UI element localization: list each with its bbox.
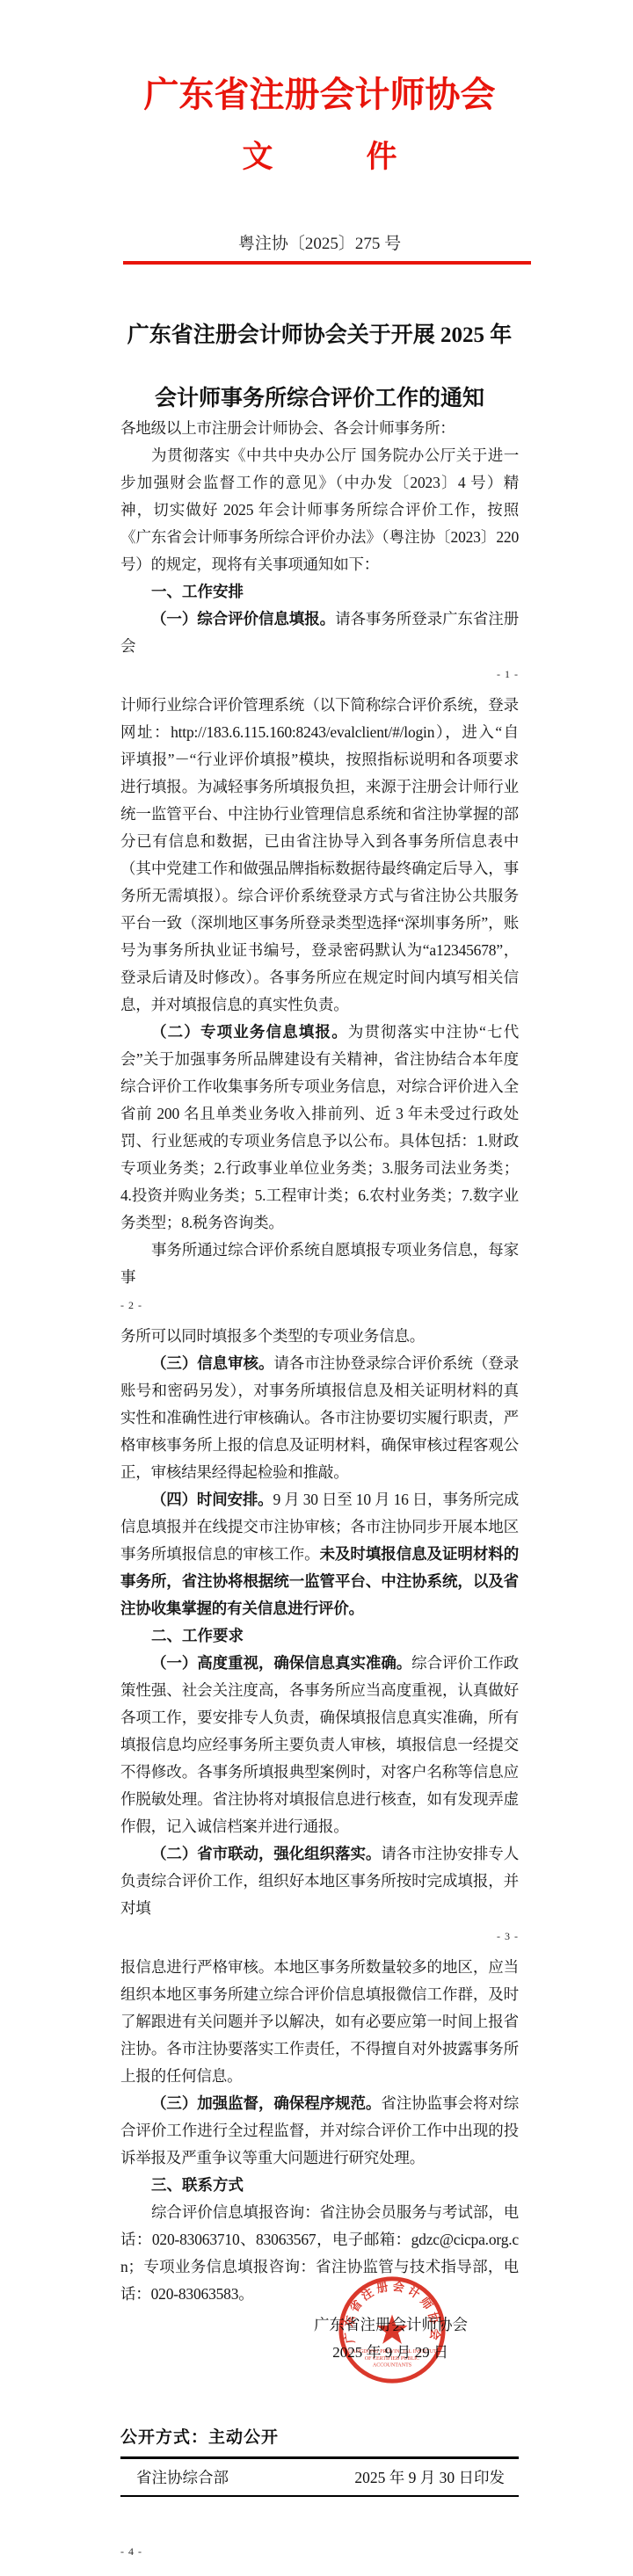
notice-title: 广东省注册会计师协会关于开展 2025 年 会计师事务所综合评价工作的通知 bbox=[120, 319, 519, 415]
page-number-2: - 2 - bbox=[120, 1299, 142, 1311]
para-s2-1: （一）高度重视，确保信息真实准确。综合评价工作政策性强、社会关注度高，各事务所应… bbox=[120, 1650, 519, 1840]
imprint-box: 省注协综合部 2025 年 9 月 30 日印发 bbox=[120, 2456, 519, 2497]
page-break-1: - 1 - bbox=[120, 660, 519, 692]
para-s2-1-lead: （一）高度重视，确保信息真实准确。 bbox=[151, 1654, 411, 1672]
seal-en-line2: OF CERTIFIED PUBLIC bbox=[365, 2356, 419, 2362]
notice-title-line1: 广东省注册会计师协会关于开展 2025 年 bbox=[120, 319, 519, 352]
page-number-3: - 3 - bbox=[497, 1930, 519, 1942]
para-s1-5: （四）时间安排。9 月 30 日至 10 月 16 日，事务所完成信息填报并在线… bbox=[120, 1486, 519, 1622]
para-s2-2-part2: 报信息进行严格审核。本地区事务所数量较多的地区，应当组织本地区事务所建立综合评价… bbox=[120, 1954, 519, 2090]
document-body: 广东省注册会计师协会 文 件 粤注协〔2025〕275 号 广东省注册会计师协会… bbox=[0, 76, 633, 2308]
page-number-1: - 1 - bbox=[497, 668, 519, 680]
letterhead: 广东省注册会计师协会 文 件 粤注协〔2025〕275 号 bbox=[120, 76, 519, 265]
imprint-date: 2025 年 9 月 30 日印发 bbox=[354, 2466, 505, 2488]
para-s3-1: 综合评价信息填报咨询：省注协会员服务与考试部，电话：020-83063710、8… bbox=[120, 2199, 519, 2308]
para-s1-5-lead: （四）时间安排。 bbox=[151, 1491, 273, 1508]
notice-title-line2: 会计师事务所综合评价工作的通知 bbox=[120, 382, 519, 415]
para-s1-2-lead: （二）专项业务信息填报。 bbox=[151, 1023, 348, 1041]
para-s2-2-lead: （二）省市联动，强化组织落实。 bbox=[151, 1845, 381, 1862]
org-title: 广东省注册会计师协会 bbox=[120, 76, 519, 114]
page-number-4: - 4 - bbox=[120, 2545, 142, 2558]
section3-heading: 三、联系方式 bbox=[120, 2172, 519, 2199]
doc-type-char-left: 文 bbox=[242, 141, 273, 174]
imprint-dept: 省注协综合部 bbox=[136, 2466, 229, 2488]
para-s1-3-part1: 事务所通过综合评价系统自愿填报专项业务信息，每家事 bbox=[120, 1237, 519, 1291]
section2-heading: 二、工作要求 bbox=[120, 1622, 519, 1650]
para-s1-2: （二）专项业务信息填报。为贯彻落实中注协“七代会”关于加强事务所品牌建设有关精神… bbox=[120, 1019, 519, 1237]
para-s2-3: （三）加强监督，确保程序规范。省注协监事会将对综合评价工作进行全过程监督，并对综… bbox=[120, 2090, 519, 2172]
doc-type: 文 件 bbox=[120, 141, 519, 174]
seal-en-line1: GUANGDONG PROVINCIAL INSTITUTE bbox=[345, 2349, 440, 2355]
salutation: 各地级以上市注册会计师协会、各会计师事务所： bbox=[120, 415, 519, 442]
doc-type-char-right: 件 bbox=[367, 141, 397, 174]
para-s1-3-part2: 务所可以同时填报多个类型的专项业务信息。 bbox=[120, 1323, 519, 1350]
para-s1-1-part1: （一）综合评价信息填报。请各事务所登录广东省注册会 bbox=[120, 606, 519, 660]
para-s1-4-lead: （三）信息审核。 bbox=[151, 1354, 273, 1372]
publicity-method: 公开方式：主动公开 bbox=[120, 2424, 279, 2448]
page-break-3: - 3 - bbox=[120, 1922, 519, 1954]
seal-en-line3: ACCOUNTANTS bbox=[373, 2363, 411, 2369]
intro-paragraph: 为贯彻落实《中共中央办公厅 国务院办公厅关于进一步加强财会监督工作的意见》（中办… bbox=[120, 442, 519, 578]
official-seal: 广东省注册会计师协会 GUANGDONG PROVINCIAL INSTITUT… bbox=[337, 2275, 447, 2385]
doc-number: 粤注协〔2025〕275 号 bbox=[120, 236, 519, 253]
section1-heading: 一、工作安排 bbox=[120, 578, 519, 606]
para-s1-1-lead: （一）综合评价信息填报。 bbox=[151, 610, 335, 628]
para-s2-3-lead: （三）加强监督，确保程序规范。 bbox=[151, 2094, 381, 2112]
para-s1-4: （三）信息审核。请各市注协登录综合评价系统（登录账号和密码另发），对事务所填报信… bbox=[120, 1350, 519, 1486]
document-page: 广东省注册会计师协会 文 件 粤注协〔2025〕275 号 广东省注册会计师协会… bbox=[0, 0, 633, 2576]
page-break-2: - 2 - bbox=[120, 1291, 519, 1323]
para-s1-1-part2: 计师行业综合评价管理系统（以下简称综合评价系统，登录网址：http://183.… bbox=[120, 692, 519, 1019]
para-s2-2-part1: （二）省市联动，强化组织落实。请各市注协安排专人负责综合评价工作，组织好本地区事… bbox=[120, 1840, 519, 1922]
red-divider bbox=[123, 261, 531, 265]
seal-star-icon bbox=[376, 2315, 407, 2344]
